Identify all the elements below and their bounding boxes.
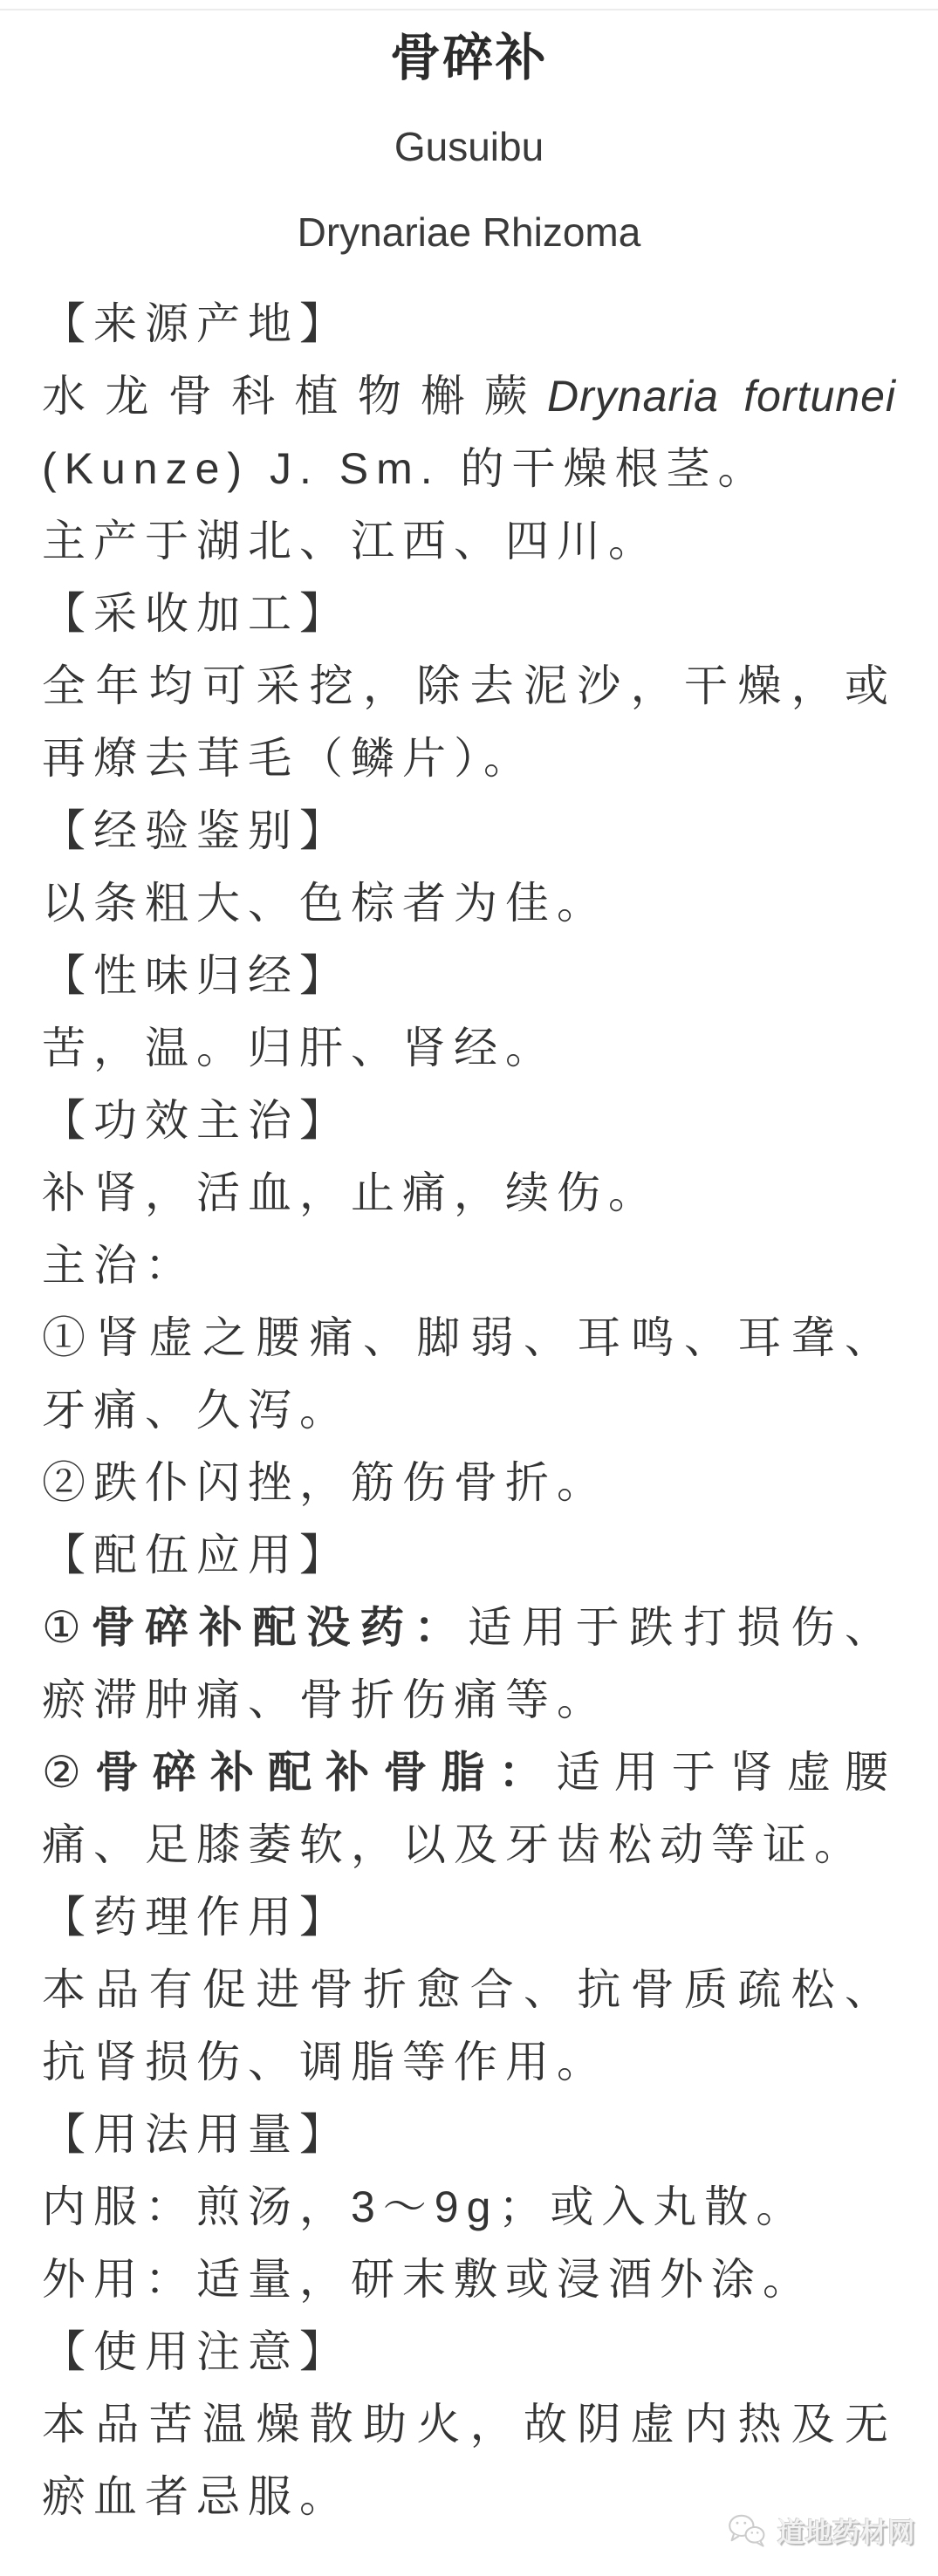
watermark-text: 道地药材网 <box>777 2511 915 2550</box>
section-header: 【功效主治】 <box>42 1085 896 1157</box>
section-header: 【使用注意】 <box>42 2316 896 2388</box>
paragraph: 补肾，活血，止痛，续伤。 <box>42 1157 896 1230</box>
document-page: { "document": { "title": "骨碎补", "pinyin"… <box>0 0 938 2576</box>
paragraph: ①骨碎补配没药：适用于跌打损伤、瘀滞肿痛、骨折伤痛等。 <box>42 1592 896 1737</box>
wechat-logo-icon <box>727 2513 769 2548</box>
page-title: 骨碎补 <box>42 26 896 91</box>
paragraph: ②跌仆闪挫，筋伤骨折。 <box>42 1447 896 1519</box>
paragraph: 以条粗大、色棕者为佳。 <box>42 867 896 940</box>
pinyin-subtitle: Gusuibu <box>42 120 896 173</box>
text-run: 本品有促进骨折愈合、抗骨质疏松、抗肾损伤、调脂等作用。 <box>42 1965 896 2086</box>
section-header: 【配伍应用】 <box>42 1519 896 1592</box>
paragraph: 内服：煎汤，3～9g；或入丸散。 <box>42 2171 896 2244</box>
paragraph: 主治： <box>42 1230 896 1302</box>
text-run: 内服：煎汤，3～9g；或入丸散。 <box>42 2182 807 2231</box>
section-header: 【药理作用】 <box>42 1881 896 1954</box>
paragraph: ②骨碎补配补骨脂：适用于肾虚腰痛、足膝萎软，以及牙齿松动等证。 <box>42 1737 896 1881</box>
text-run: 主治： <box>42 1241 196 1290</box>
text-run: ① <box>42 1603 92 1652</box>
text-run: Drynaria fortunei <box>547 372 896 421</box>
paragraph: 本品有促进骨折愈合、抗骨质疏松、抗肾损伤、调脂等作用。 <box>42 1954 896 2099</box>
text-run: ①肾虚之腰痛、脚弱、耳鸣、耳聋、牙痛、久泻。 <box>42 1313 896 1435</box>
paragraph: 主产于湖北、江西、四川。 <box>42 505 896 578</box>
paragraph: ①肾虚之腰痛、脚弱、耳鸣、耳聋、牙痛、久泻。 <box>42 1302 896 1447</box>
section-header: 【经验鉴别】 <box>42 795 896 867</box>
text-run: ②跌仆闪挫，筋伤骨折。 <box>42 1458 608 1507</box>
watermark: 道地药材网 <box>727 2511 915 2550</box>
text-run: 以条粗大、色棕者为佳。 <box>42 879 608 928</box>
latin-name-subtitle: Drynariae Rhizoma <box>42 206 896 258</box>
section-header: 【性味归经】 <box>42 940 896 1012</box>
paragraph: 外用：适量，研末敷或浸酒外涂。 <box>42 2244 896 2316</box>
text-run: 骨碎补配补骨脂： <box>95 1748 557 1797</box>
text-run: 苦，温。归肝、肾经。 <box>42 1024 557 1072</box>
text-run: 外用：适量，研末敷或浸酒外涂。 <box>42 2255 814 2304</box>
section-header: 【采收加工】 <box>42 578 896 650</box>
text-run: 主产于湖北、江西、四川。 <box>42 517 660 565</box>
page-top-divider <box>0 9 938 10</box>
text-run: 补肾，活血，止痛，续伤。 <box>42 1168 660 1217</box>
text-run: ② <box>42 1748 95 1797</box>
section-header: 【来源产地】 <box>42 288 896 360</box>
article-body: 骨碎补 Gusuibu Drynariae Rhizoma 【来源产地】水龙骨科… <box>0 26 938 2533</box>
text-run: 全年均可采挖，除去泥沙，干燥，或再燎去茸毛（鳞片）。 <box>42 661 896 783</box>
paragraph: 全年均可采挖，除去泥沙，干燥，或再燎去茸毛（鳞片）。 <box>42 650 896 795</box>
sections: 【来源产地】水龙骨科植物槲蕨Drynaria fortunei (Kunze) … <box>42 288 896 2533</box>
text-run: 水龙骨科植物槲蕨 <box>42 372 547 421</box>
paragraph: 苦，温。归肝、肾经。 <box>42 1012 896 1085</box>
text-run: 骨碎补配没药： <box>92 1603 469 1652</box>
text-run: (Kunze) J. Sm. 的干燥根茎。 <box>42 444 770 493</box>
paragraph: 水龙骨科植物槲蕨Drynaria fortunei (Kunze) J. Sm.… <box>42 360 896 505</box>
text-run: 本品苦温燥散助火，故阴虚内热及无瘀血者忌服。 <box>42 2400 896 2521</box>
section-header: 【用法用量】 <box>42 2099 896 2171</box>
